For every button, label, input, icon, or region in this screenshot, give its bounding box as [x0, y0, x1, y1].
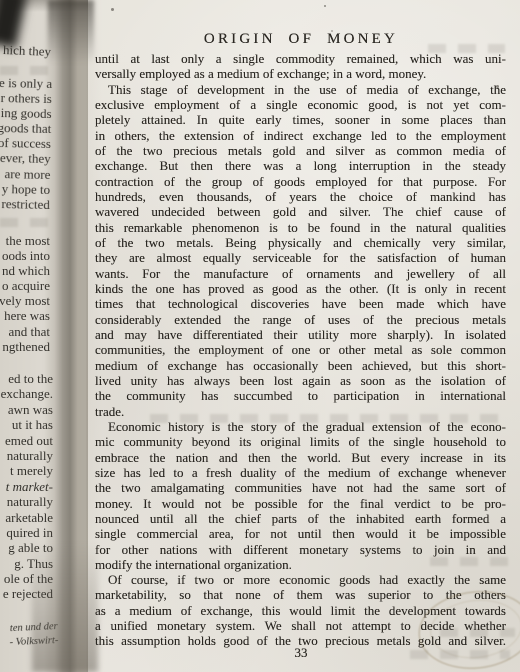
show-through-text — [410, 650, 510, 659]
text-line: considerably extended the range of uses … — [95, 312, 506, 327]
left-page-line: o acquire — [0, 278, 50, 293]
left-page-line: nd which — [0, 263, 50, 278]
paper-speck — [111, 8, 114, 11]
text-line: wants. For the manufacture of ornaments … — [95, 266, 506, 281]
text-line: This stage of development in the use of … — [95, 82, 506, 97]
text-line: kinds the one has proved as good as the … — [95, 281, 506, 296]
paper-speck — [331, 30, 333, 32]
left-page-line: here was — [0, 308, 50, 323]
paper-speck — [496, 85, 499, 88]
show-through-text — [0, 66, 50, 75]
text-line: they are almost equally serviceable for … — [95, 250, 506, 265]
left-page-line: and that — [0, 324, 50, 339]
text-line: nounced until all the chief parts of the… — [95, 511, 506, 526]
book-page-photo: hich they e is only ar others ising good… — [0, 0, 520, 672]
text-line: of the two precious metals gold and silv… — [95, 143, 506, 158]
show-through-text — [428, 44, 505, 53]
text-line: for other nations with different monetar… — [95, 542, 506, 557]
paper-speck — [324, 5, 326, 7]
text-line: pletely attained. In quite early times, … — [95, 112, 506, 127]
text-line: medium of exchange has occasionally been… — [95, 358, 506, 373]
text-line: mic community beyond its original limits… — [95, 434, 506, 449]
text-line: communities, the employment of one or ot… — [95, 342, 506, 357]
text-line: wavered undecided between gold and silve… — [95, 204, 506, 219]
text-line: versally employed as a medium of exchang… — [95, 66, 506, 81]
text-line: single commercial area, for not until th… — [95, 526, 506, 541]
show-through-text — [440, 628, 515, 637]
show-through-text — [0, 218, 55, 227]
text-line: embrace the nation and then the world. B… — [95, 450, 506, 465]
text-line: in others, the extension of indirect exc… — [95, 128, 506, 143]
left-page-line: ngthened — [0, 339, 50, 354]
text-line: times that technological discoveries hav… — [95, 296, 506, 311]
text-line: exclusive employment of a single economi… — [95, 97, 506, 112]
text-line: the two amalgamating communities have no… — [95, 480, 506, 495]
main-page: ORIGIN OF MONEY until at last only a sin… — [86, 0, 520, 672]
text-line: hundreds, even thousands, of years the c… — [95, 189, 506, 204]
text-line: Of course, if two or more economic goods… — [95, 572, 506, 587]
left-page-line: the most — [0, 233, 50, 248]
text-line: until at last only a single commodity re… — [95, 51, 506, 66]
text-line: lived unity has always been lost again a… — [95, 373, 506, 388]
left-page-text-fragments: the mostoods intond whicho acquirevely m… — [0, 233, 50, 354]
text-line: exchange. But then there was a long inte… — [95, 158, 506, 173]
left-page-line: oods into — [0, 248, 50, 263]
text-line: and may have differentiated their utilit… — [95, 327, 506, 342]
text-line: this remarkable phenomenon is to be foun… — [95, 220, 506, 235]
show-through-text — [430, 557, 508, 566]
text-line: money. It would not be possible for the … — [95, 496, 506, 511]
show-through-text — [150, 414, 505, 423]
text-line: contraction of the group of goods employ… — [95, 174, 506, 189]
left-page-line: vely most — [0, 293, 50, 308]
left-page-line: are more — [0, 164, 51, 182]
text-line: of the two metals. Being physically and … — [95, 235, 506, 250]
text-line: size has led to a fresh duality of the m… — [95, 465, 506, 480]
left-page-line: restricted — [0, 194, 50, 212]
left-page-line: y hope to — [0, 179, 50, 197]
text-line: the community has succumbed to participa… — [95, 388, 506, 403]
